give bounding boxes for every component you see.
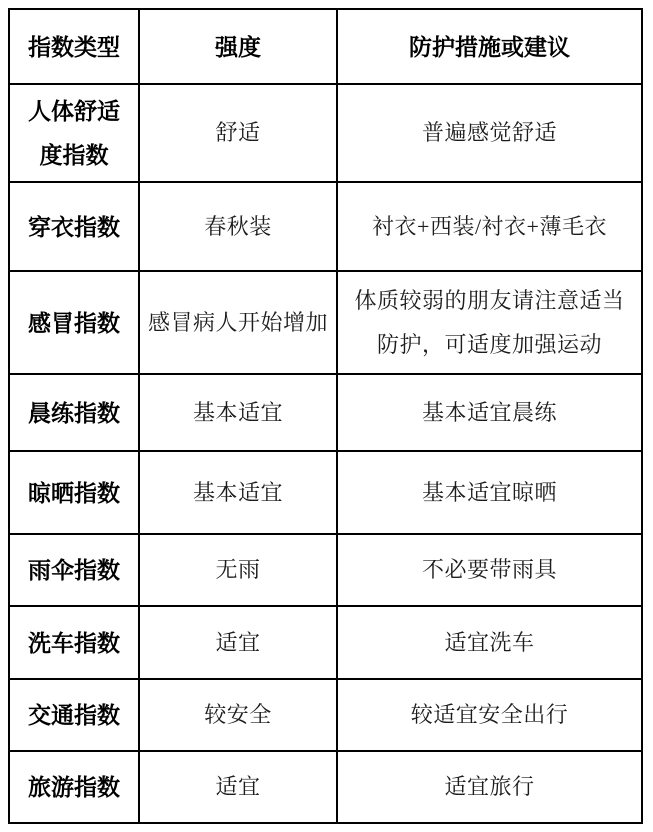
column-header-intensity: 强度: [139, 9, 337, 84]
advice-cell: 不必要带雨具: [337, 534, 642, 606]
table-row: 晨练指数 基本适宜 基本适宜晨练: [9, 374, 642, 451]
column-header-advice: 防护措施或建议: [337, 9, 642, 84]
index-type-cell: 穿衣指数: [9, 182, 139, 271]
advice-cell: 较适宜安全出行: [337, 679, 642, 751]
intensity-cell: 适宜: [139, 751, 337, 823]
header-row: 指数类型 强度 防护措施或建议: [9, 9, 642, 84]
intensity-cell: 较安全: [139, 679, 337, 751]
index-type-cell: 晨练指数: [9, 374, 139, 451]
table-row: 穿衣指数 春秋装 衬衣+西装/衬衣+薄毛衣: [9, 182, 642, 271]
intensity-cell: 基本适宜: [139, 374, 337, 451]
advice-cell: 基本适宜晨练: [337, 374, 642, 451]
index-type-cell: 交通指数: [9, 679, 139, 751]
index-type-cell: 旅游指数: [9, 751, 139, 823]
advice-cell: 普遍感觉舒适: [337, 84, 642, 182]
column-header-index-type: 指数类型: [9, 9, 139, 84]
intensity-cell: 适宜: [139, 606, 337, 679]
intensity-cell: 基本适宜: [139, 451, 337, 534]
intensity-cell: 舒适: [139, 84, 337, 182]
intensity-cell: 感冒病人开始增加: [139, 271, 337, 374]
table-row: 交通指数 较安全 较适宜安全出行: [9, 679, 642, 751]
advice-cell: 适宜洗车: [337, 606, 642, 679]
table-row: 人体舒适度指数 舒适 普遍感觉舒适: [9, 84, 642, 182]
table-row: 雨伞指数 无雨 不必要带雨具: [9, 534, 642, 606]
advice-cell: 基本适宜晾晒: [337, 451, 642, 534]
index-type-cell: 雨伞指数: [9, 534, 139, 606]
weather-index-table: 指数类型 强度 防护措施或建议 人体舒适度指数 舒适 普遍感觉舒适 穿衣指数 春…: [8, 8, 643, 824]
intensity-cell: 春秋装: [139, 182, 337, 271]
index-type-cell: 人体舒适度指数: [9, 84, 139, 182]
table-row: 晾晒指数 基本适宜 基本适宜晾晒: [9, 451, 642, 534]
index-type-cell: 洗车指数: [9, 606, 139, 679]
index-type-cell: 晾晒指数: [9, 451, 139, 534]
intensity-cell: 无雨: [139, 534, 337, 606]
table-row: 旅游指数 适宜 适宜旅行: [9, 751, 642, 823]
table-row: 感冒指数 感冒病人开始增加 体质较弱的朋友请注意适当防护，可适度加强运动: [9, 271, 642, 374]
advice-cell: 体质较弱的朋友请注意适当防护，可适度加强运动: [337, 271, 642, 374]
index-type-cell: 感冒指数: [9, 271, 139, 374]
advice-cell: 适宜旅行: [337, 751, 642, 823]
advice-cell: 衬衣+西装/衬衣+薄毛衣: [337, 182, 642, 271]
table-row: 洗车指数 适宜 适宜洗车: [9, 606, 642, 679]
